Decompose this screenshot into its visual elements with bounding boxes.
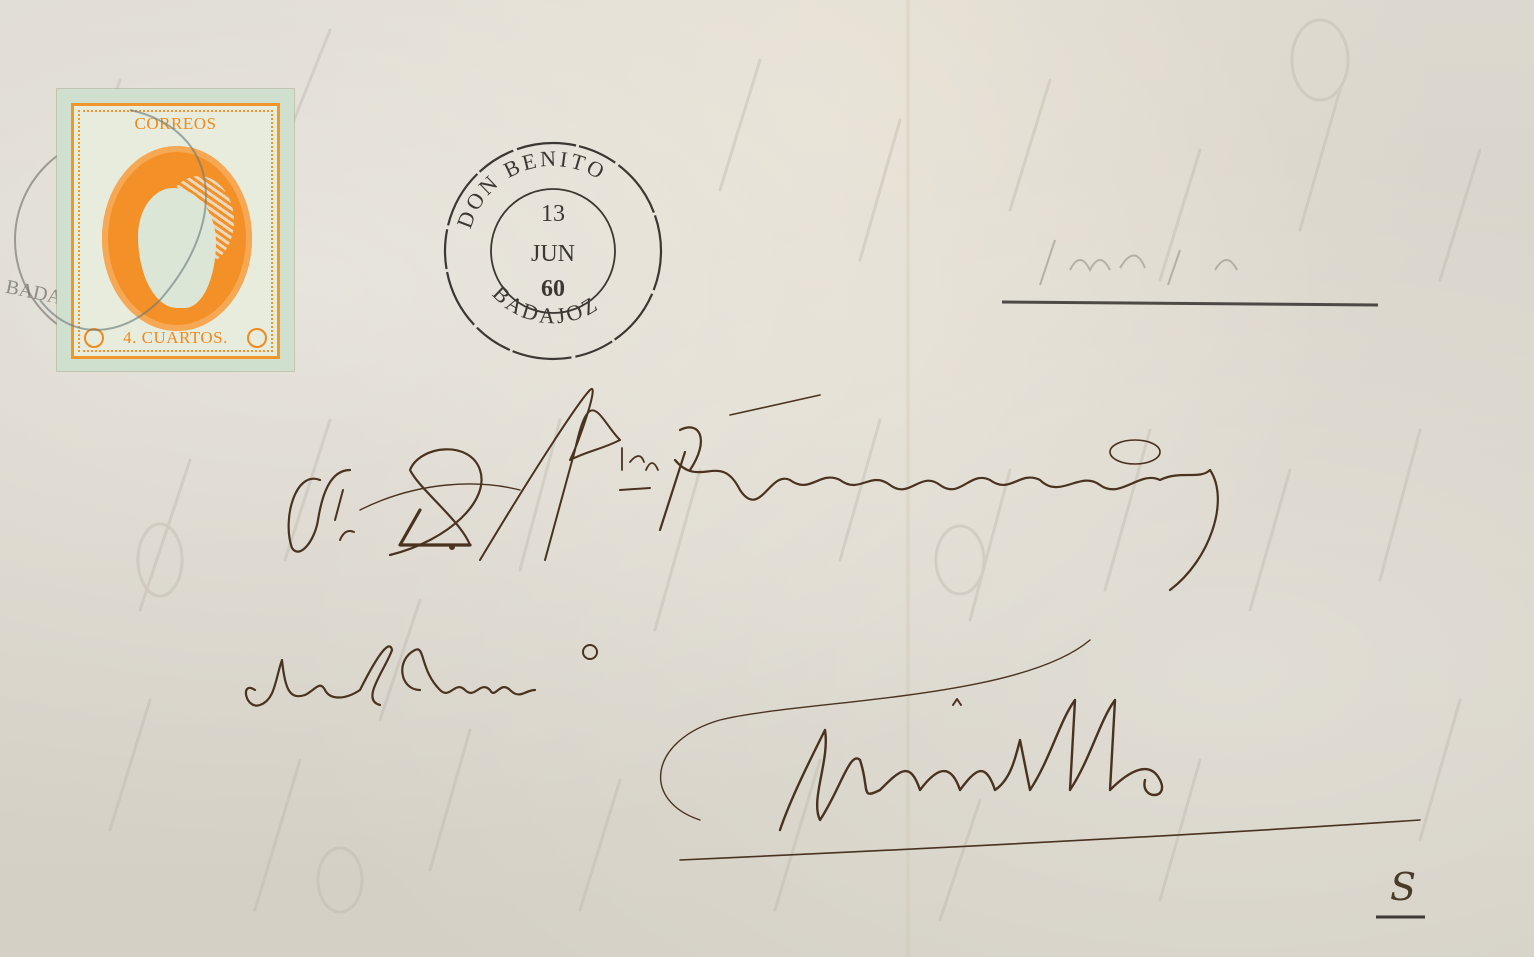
postmark-month: JUN — [531, 241, 575, 267]
datestamp-postmark: DON BENITO BADAJOZ 13 JUN 60 — [438, 131, 668, 371]
paper-fold — [905, 0, 911, 957]
postal-cover: BADAJOZ CORREOS 4. CUARTOS. DON BENITO — [0, 0, 1534, 957]
address-line-1: Sr. D. Vte. Hernandez — [290, 500, 301, 501]
svg-text:DON BENITO: DON BENITO — [451, 146, 611, 232]
rosette-icon — [247, 328, 267, 348]
address-line-3: Truxillo — [700, 760, 704, 761]
postmark-day: 13 — [541, 201, 565, 227]
postmark-year: 60 — [541, 276, 565, 302]
postage-stamp: CORREOS 4. CUARTOS. — [57, 89, 294, 371]
stamp-top-text: CORREOS — [74, 114, 277, 134]
address-line-2: del Comº — [250, 680, 255, 681]
stamp-portrait-oval — [102, 146, 252, 331]
stamp-portrait-head — [138, 188, 216, 308]
postmark-town: DON BENITO — [451, 146, 611, 232]
stamp-frame: CORREOS 4. CUARTOS. — [71, 103, 280, 359]
